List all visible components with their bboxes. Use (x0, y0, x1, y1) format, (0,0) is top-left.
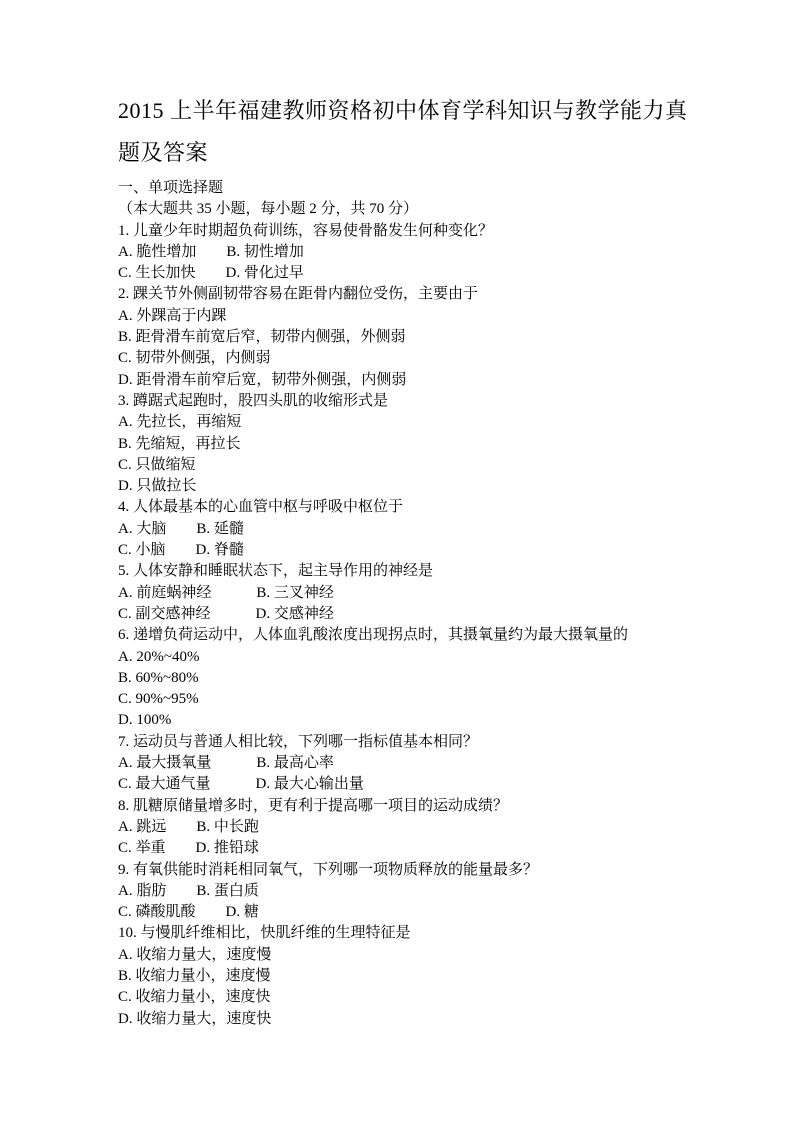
question-stem: 7. 运动员与普通人相比较，下列哪一指标值基本相同？ (118, 732, 704, 753)
option-line: B. 收缩力量小，速度慢 (118, 966, 704, 987)
question-stem: 4. 人体最基本的心血管中枢与呼吸中枢位于 (118, 497, 704, 518)
option-line: C. 只做缩短 (118, 455, 704, 476)
option-line: A. 跳远 B. 中长跑 (118, 817, 704, 838)
option-line: B. 60%~80% (118, 668, 704, 689)
question-stem: 10. 与慢肌纤维相比，快肌纤维的生理特征是 (118, 923, 704, 944)
option-line: C. 收缩力量小，速度快 (118, 987, 704, 1008)
question-stem: 8. 肌糖原储量增多时，更有利于提高哪一项目的运动成绩？ (118, 796, 704, 817)
option-line: C. 最大通气量 D. 最大心输出量 (118, 774, 704, 795)
option-line: D. 距骨滑车前窄后宽，韧带外侧强，内侧弱 (118, 370, 704, 391)
document-title: 2015 上半年福建教师资格初中体育学科知识与教学能力真 题及答案 (118, 90, 704, 174)
question-stem: 1. 儿童少年时期超负荷训练，容易使骨骼发生何种变化？ (118, 221, 704, 242)
option-line: A. 收缩力量大，速度慢 (118, 945, 704, 966)
question-stem: 3. 蹲踞式起跑时，股四头肌的收缩形式是 (118, 391, 704, 412)
option-line: A. 脂肪 B. 蛋白质 (118, 881, 704, 902)
option-line: A. 先拉长，再缩短 (118, 412, 704, 433)
document-title-line-1: 2015 上半年福建教师资格初中体育学科知识与教学能力真 (118, 90, 704, 132)
option-line: D. 100% (118, 710, 704, 731)
question-stem: 9. 有氧供能时消耗相同氧气，下列哪一项物质释放的能量最多？ (118, 860, 704, 881)
question-stem: 5. 人体安静和睡眠状态下，起主导作用的神经是 (118, 561, 704, 582)
option-line: A. 最大摄氧量 B. 最高心率 (118, 753, 704, 774)
document-page: 2015 上半年福建教师资格初中体育学科知识与教学能力真 题及答案 一、单项选择… (0, 0, 794, 1123)
section-note: （本大题共 35 小题，每小题 2 分，共 70 分） (118, 199, 704, 220)
question-stem: 6. 递增负荷运动中，人体血乳酸浓度出现拐点时，其摄氧量约为最大摄氧量的 (118, 625, 704, 646)
document-content: 2015 上半年福建教师资格初中体育学科知识与教学能力真 题及答案 一、单项选择… (0, 0, 794, 1030)
option-line: C. 90%~95% (118, 689, 704, 710)
option-line: D. 收缩力量大，速度快 (118, 1009, 704, 1030)
section-heading: 一、单项选择题 (118, 178, 704, 199)
question-stem: 2. 踝关节外侧副韧带容易在距骨内翻位受伤，主要由于 (118, 284, 704, 305)
document-body: 一、单项选择题 （本大题共 35 小题，每小题 2 分，共 70 分） 1. 儿… (118, 178, 704, 1030)
option-line: C. 小脑 D. 脊髓 (118, 540, 704, 561)
option-line: B. 距骨滑车前宽后窄，韧带内侧强，外侧弱 (118, 327, 704, 348)
option-line: A. 20%~40% (118, 647, 704, 668)
option-line: D. 只做拉长 (118, 476, 704, 497)
question-list: 1. 儿童少年时期超负荷训练，容易使骨骼发生何种变化？A. 脆性增加 B. 韧性… (118, 221, 704, 1030)
option-line: C. 副交感神经 D. 交感神经 (118, 604, 704, 625)
option-line: C. 韧带外侧强，内侧弱 (118, 348, 704, 369)
option-line: B. 先缩短，再拉长 (118, 434, 704, 455)
option-line: A. 外踝高于内踝 (118, 306, 704, 327)
option-line: C. 磷酸肌酸 D. 糖 (118, 902, 704, 923)
option-line: A. 前庭蜗神经 B. 三叉神经 (118, 583, 704, 604)
option-line: C. 举重 D. 推铅球 (118, 838, 704, 859)
document-title-line-2: 题及答案 (118, 132, 704, 174)
option-line: A. 大脑 B. 延髓 (118, 519, 704, 540)
option-line: A. 脆性增加 B. 韧性增加 (118, 242, 704, 263)
option-line: C. 生长加快 D. 骨化过早 (118, 263, 704, 284)
